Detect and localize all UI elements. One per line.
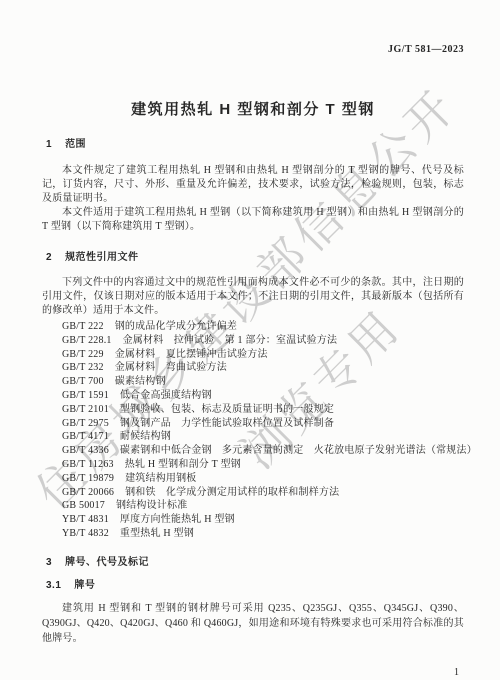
section-3-1-heading: 3.1牌号 [42, 579, 464, 592]
reference-code: GB/T 1591 [62, 390, 109, 401]
reference-item: GB/T 1591低合金高强度结构钢 [42, 389, 464, 403]
reference-code: YB/T 4832 [62, 528, 109, 539]
reference-code: GB/T 229 [62, 349, 104, 360]
reference-item: GB/T 700碳素结构钢 [42, 375, 464, 389]
reference-item: YB/T 4832重型热轧 H 型钢 [42, 527, 464, 541]
document-page: 住房城乡建设部信息公开 浏览专用 JG/T 581—2023 建筑用热轧 H 型… [0, 0, 500, 680]
reference-code: GB 50017 [62, 500, 105, 511]
section-2-heading: 2规范性引用文件 [42, 251, 464, 264]
section-3-1-number: 3.1 [46, 580, 61, 591]
reference-code: GB/T 232 [62, 362, 104, 373]
reference-item: GB/T 4171耐候结构钢 [42, 430, 464, 444]
reference-title: 低合金高强度结构钢 [120, 390, 212, 401]
reference-code: GB/T 19879 [62, 473, 114, 484]
page-number: 1 [454, 667, 459, 678]
reference-code: GB/T 700 [62, 376, 104, 387]
section-3-1-title: 牌号 [74, 580, 95, 591]
section-3-number: 3 [46, 557, 52, 568]
reference-code: GB/T 4336 [62, 445, 109, 456]
reference-title: 钢结构设计标准 [116, 500, 187, 511]
document-title: 建筑用热轧 H 型钢和剖分 T 型钢 [42, 101, 464, 119]
reference-title: 型钢验收、包装、标志及质量证明书的一般规定 [120, 404, 334, 415]
reference-title: 碳素钢和中低合金钢 多元素含量的测定 火花放电原子发射光谱法（常规法） [120, 445, 477, 456]
section-3-title: 牌号、代号及标记 [65, 557, 149, 568]
reference-item: GB/T 229金属材料 夏比摆锤冲击试验方法 [42, 348, 464, 362]
reference-item: GB/T 232金属材料 弯曲试验方法 [42, 361, 464, 375]
reference-code: GB/T 2101 [62, 404, 109, 415]
reference-title: 金属材料 夏比摆锤冲击试验方法 [115, 349, 268, 360]
section-2-title: 规范性引用文件 [65, 252, 139, 263]
section-1-paragraph-2: 本文件适用于建筑工程用热轧 H 型钢（以下简称建筑用 H 型钢）和由热轧 H 型… [42, 206, 464, 234]
section-3-heading: 3牌号、代号及标记 [42, 556, 464, 569]
reference-title: 碳素结构钢 [115, 376, 166, 387]
reference-code: GB/T 2975 [62, 418, 109, 429]
document-content: JG/T 581—2023 建筑用热轧 H 型钢和剖分 T 型钢 1范围 本文件… [42, 0, 464, 646]
reference-title: 厚度方向性能热轧 H 型钢 [120, 514, 235, 525]
reference-item: GB/T 2975钢及钢产品 力学性能试验取样位置及试样制备 [42, 417, 464, 431]
reference-item: GB 50017钢结构设计标准 [42, 499, 464, 513]
reference-title: 金属材料 弯曲试验方法 [115, 362, 227, 373]
reference-item: GB/T 4336碳素钢和中低合金钢 多元素含量的测定 火花放电原子发射光谱法（… [42, 444, 464, 458]
standard-number: JG/T 581—2023 [42, 0, 464, 55]
reference-title: 重型热轧 H 型钢 [120, 528, 194, 539]
reference-title: 钢的成品化学成分允许偏差 [115, 321, 237, 332]
section-3-1-paragraph: 建筑用 H 型钢和 T 型钢的钢材牌号可采用 Q235、Q235GJ、Q355、… [42, 601, 464, 646]
reference-title: 热轧 H 型钢和剖分 T 型钢 [125, 459, 241, 470]
reference-item: GB/T 222钢的成品化学成分允许偏差 [42, 320, 464, 334]
reference-title: 钢和铁 化学成分测定用试样的取样和制样方法 [125, 487, 339, 498]
section-1-number: 1 [46, 139, 52, 150]
normative-references-list: GB/T 222钢的成品化学成分允许偏差 GB/T 228.1金属材料 拉伸试验… [42, 320, 464, 541]
reference-title: 建筑结构用钢板 [125, 473, 196, 484]
reference-title: 金属材料 拉伸试验 第 1 部分：室温试验方法 [123, 335, 338, 346]
reference-item: GB/T 19879建筑结构用钢板 [42, 472, 464, 486]
reference-code: GB/T 11263 [62, 459, 114, 470]
section-2-number: 2 [46, 252, 52, 263]
reference-item: GB/T 228.1金属材料 拉伸试验 第 1 部分：室温试验方法 [42, 334, 464, 348]
reference-title: 耐候结构钢 [120, 431, 171, 442]
reference-code: YB/T 4831 [62, 514, 109, 525]
reference-item: YB/T 4831厚度方向性能热轧 H 型钢 [42, 513, 464, 527]
reference-code: GB/T 222 [62, 321, 104, 332]
reference-code: GB/T 4171 [62, 431, 109, 442]
reference-code: GB/T 228.1 [62, 335, 112, 346]
reference-code: GB/T 20066 [62, 487, 114, 498]
section-1-title: 范围 [65, 139, 86, 150]
section-1-heading: 1范围 [42, 138, 464, 151]
reference-item: GB/T 20066钢和铁 化学成分测定用试样的取样和制样方法 [42, 486, 464, 500]
section-1-paragraph-1: 本文件规定了建筑工程用热轧 H 型钢和由热轧 H 型钢剖分的 T 型钢的牌号、代… [42, 164, 464, 206]
section-2-intro: 下列文件中的内容通过文中的规范性引用而构成本文件必不可少的条款。其中，注日期的引… [42, 276, 464, 318]
reference-title: 钢及钢产品 力学性能试验取样位置及试样制备 [120, 418, 334, 429]
reference-item: GB/T 11263热轧 H 型钢和剖分 T 型钢 [42, 458, 464, 472]
reference-item: GB/T 2101型钢验收、包装、标志及质量证明书的一般规定 [42, 403, 464, 417]
